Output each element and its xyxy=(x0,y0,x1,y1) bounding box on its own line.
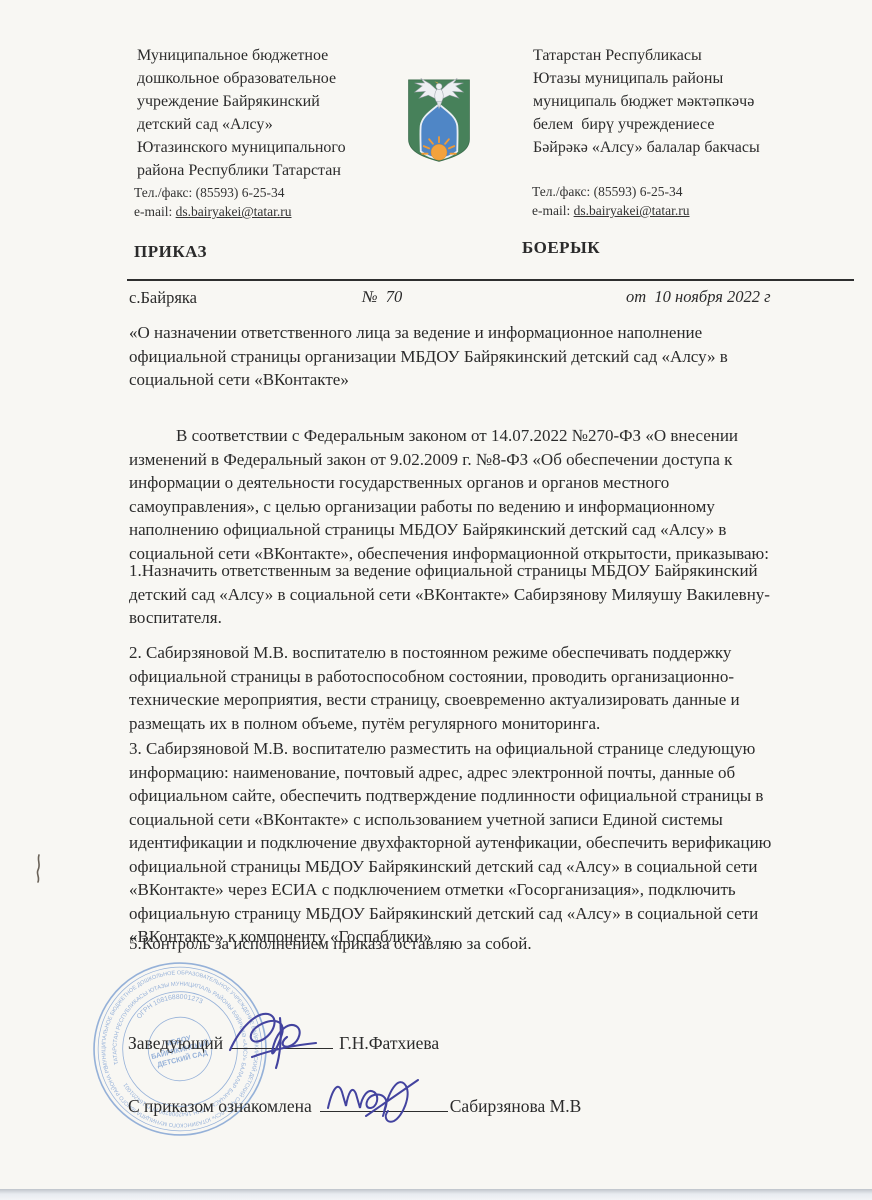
org-name-russian: Муниципальное бюджетное дошкольное образ… xyxy=(137,44,407,182)
email-address: ds.bairyakei@tatar.ru xyxy=(574,203,690,218)
org-name-line: учреждение Байрякинский xyxy=(137,90,407,113)
title-prikaz: ПРИКАЗ xyxy=(134,242,207,262)
scanned-order-document: { "header": { "left": { "lines": [ "Муни… xyxy=(0,0,872,1200)
sun-shape xyxy=(431,144,447,160)
ack-signature-ink xyxy=(322,1066,442,1126)
coat-of-arms-icon xyxy=(404,71,474,171)
ack-signature-name: Сабирзянова М.В xyxy=(450,1096,582,1117)
org-name-line: Татарстан Республикасы xyxy=(533,44,833,67)
phone-left: Тел./факс: (85593) 6-25-34 xyxy=(134,183,292,202)
org-name-line: муниципаль бюджет мәктәпкәчә xyxy=(533,90,833,113)
contact-block-left: Тел./факс: (85593) 6-25-34 e-mail: ds.ba… xyxy=(134,183,292,221)
ack-signature-label: С приказом ознакомлена xyxy=(128,1096,312,1117)
subject-paragraph: «О назначении ответственного лица за вед… xyxy=(129,321,739,392)
org-name-line: детский сад «Алсу» xyxy=(137,113,407,136)
doc-place: с.Байряка xyxy=(129,288,197,308)
order-item-3: 3. Сабирзяновой М.В. воспитателю размест… xyxy=(129,737,793,949)
head-signature-name: Г.Н.Фатхиева xyxy=(339,1033,439,1054)
email-line-right: e-mail: ds.bairyakei@tatar.ru xyxy=(532,201,690,220)
org-name-line: Ютазы муниципаль районы xyxy=(533,67,833,90)
scan-bottom-edge xyxy=(0,1189,872,1200)
org-name-line: Бәйрәкә «Алсу» балалар бакчасы xyxy=(533,136,833,159)
email-label: e-mail: xyxy=(134,204,176,219)
org-name-line: Ютазинского муниципального xyxy=(137,136,407,159)
order-item-2: 2. Сабирзяновой М.В. воспитателю в посто… xyxy=(129,641,793,735)
email-label: e-mail: xyxy=(532,203,574,218)
coat-of-arms xyxy=(404,71,474,171)
contact-block-right: Тел./факс: (85593) 6-25-34 e-mail: ds.ba… xyxy=(532,182,690,220)
email-line-left: e-mail: ds.bairyakei@tatar.ru xyxy=(134,202,292,221)
order-item-1: 1.Назначить ответственным за ведение офи… xyxy=(129,559,793,630)
head-signature-ink xyxy=(222,1000,352,1075)
ink-speck xyxy=(32,853,46,885)
intro-paragraph: В соответствии с Федеральным законом от … xyxy=(129,424,793,565)
email-address: ds.bairyakei@tatar.ru xyxy=(176,204,292,219)
org-name-line: района Республики Татарстан xyxy=(137,159,407,182)
head-signature-label: Заведующий xyxy=(128,1033,223,1054)
org-name-line: белем бирү учреждениесе xyxy=(533,113,833,136)
doc-date: от 10 ноября 2022 г xyxy=(626,287,771,307)
org-name-line: дошкольное образовательное xyxy=(137,67,407,90)
doc-number: № 70 xyxy=(362,287,402,307)
horizontal-rule xyxy=(127,279,854,281)
org-name-line: Муниципальное бюджетное xyxy=(137,44,407,67)
title-boeryk: БОЕРЫК xyxy=(522,238,600,258)
order-item-5: 5.Контроль за исполнением приказа оставл… xyxy=(129,932,793,956)
org-name-tatar: Татарстан Республикасы Ютазы муниципаль … xyxy=(533,44,833,159)
phone-right: Тел./факс: (85593) 6-25-34 xyxy=(532,182,690,201)
